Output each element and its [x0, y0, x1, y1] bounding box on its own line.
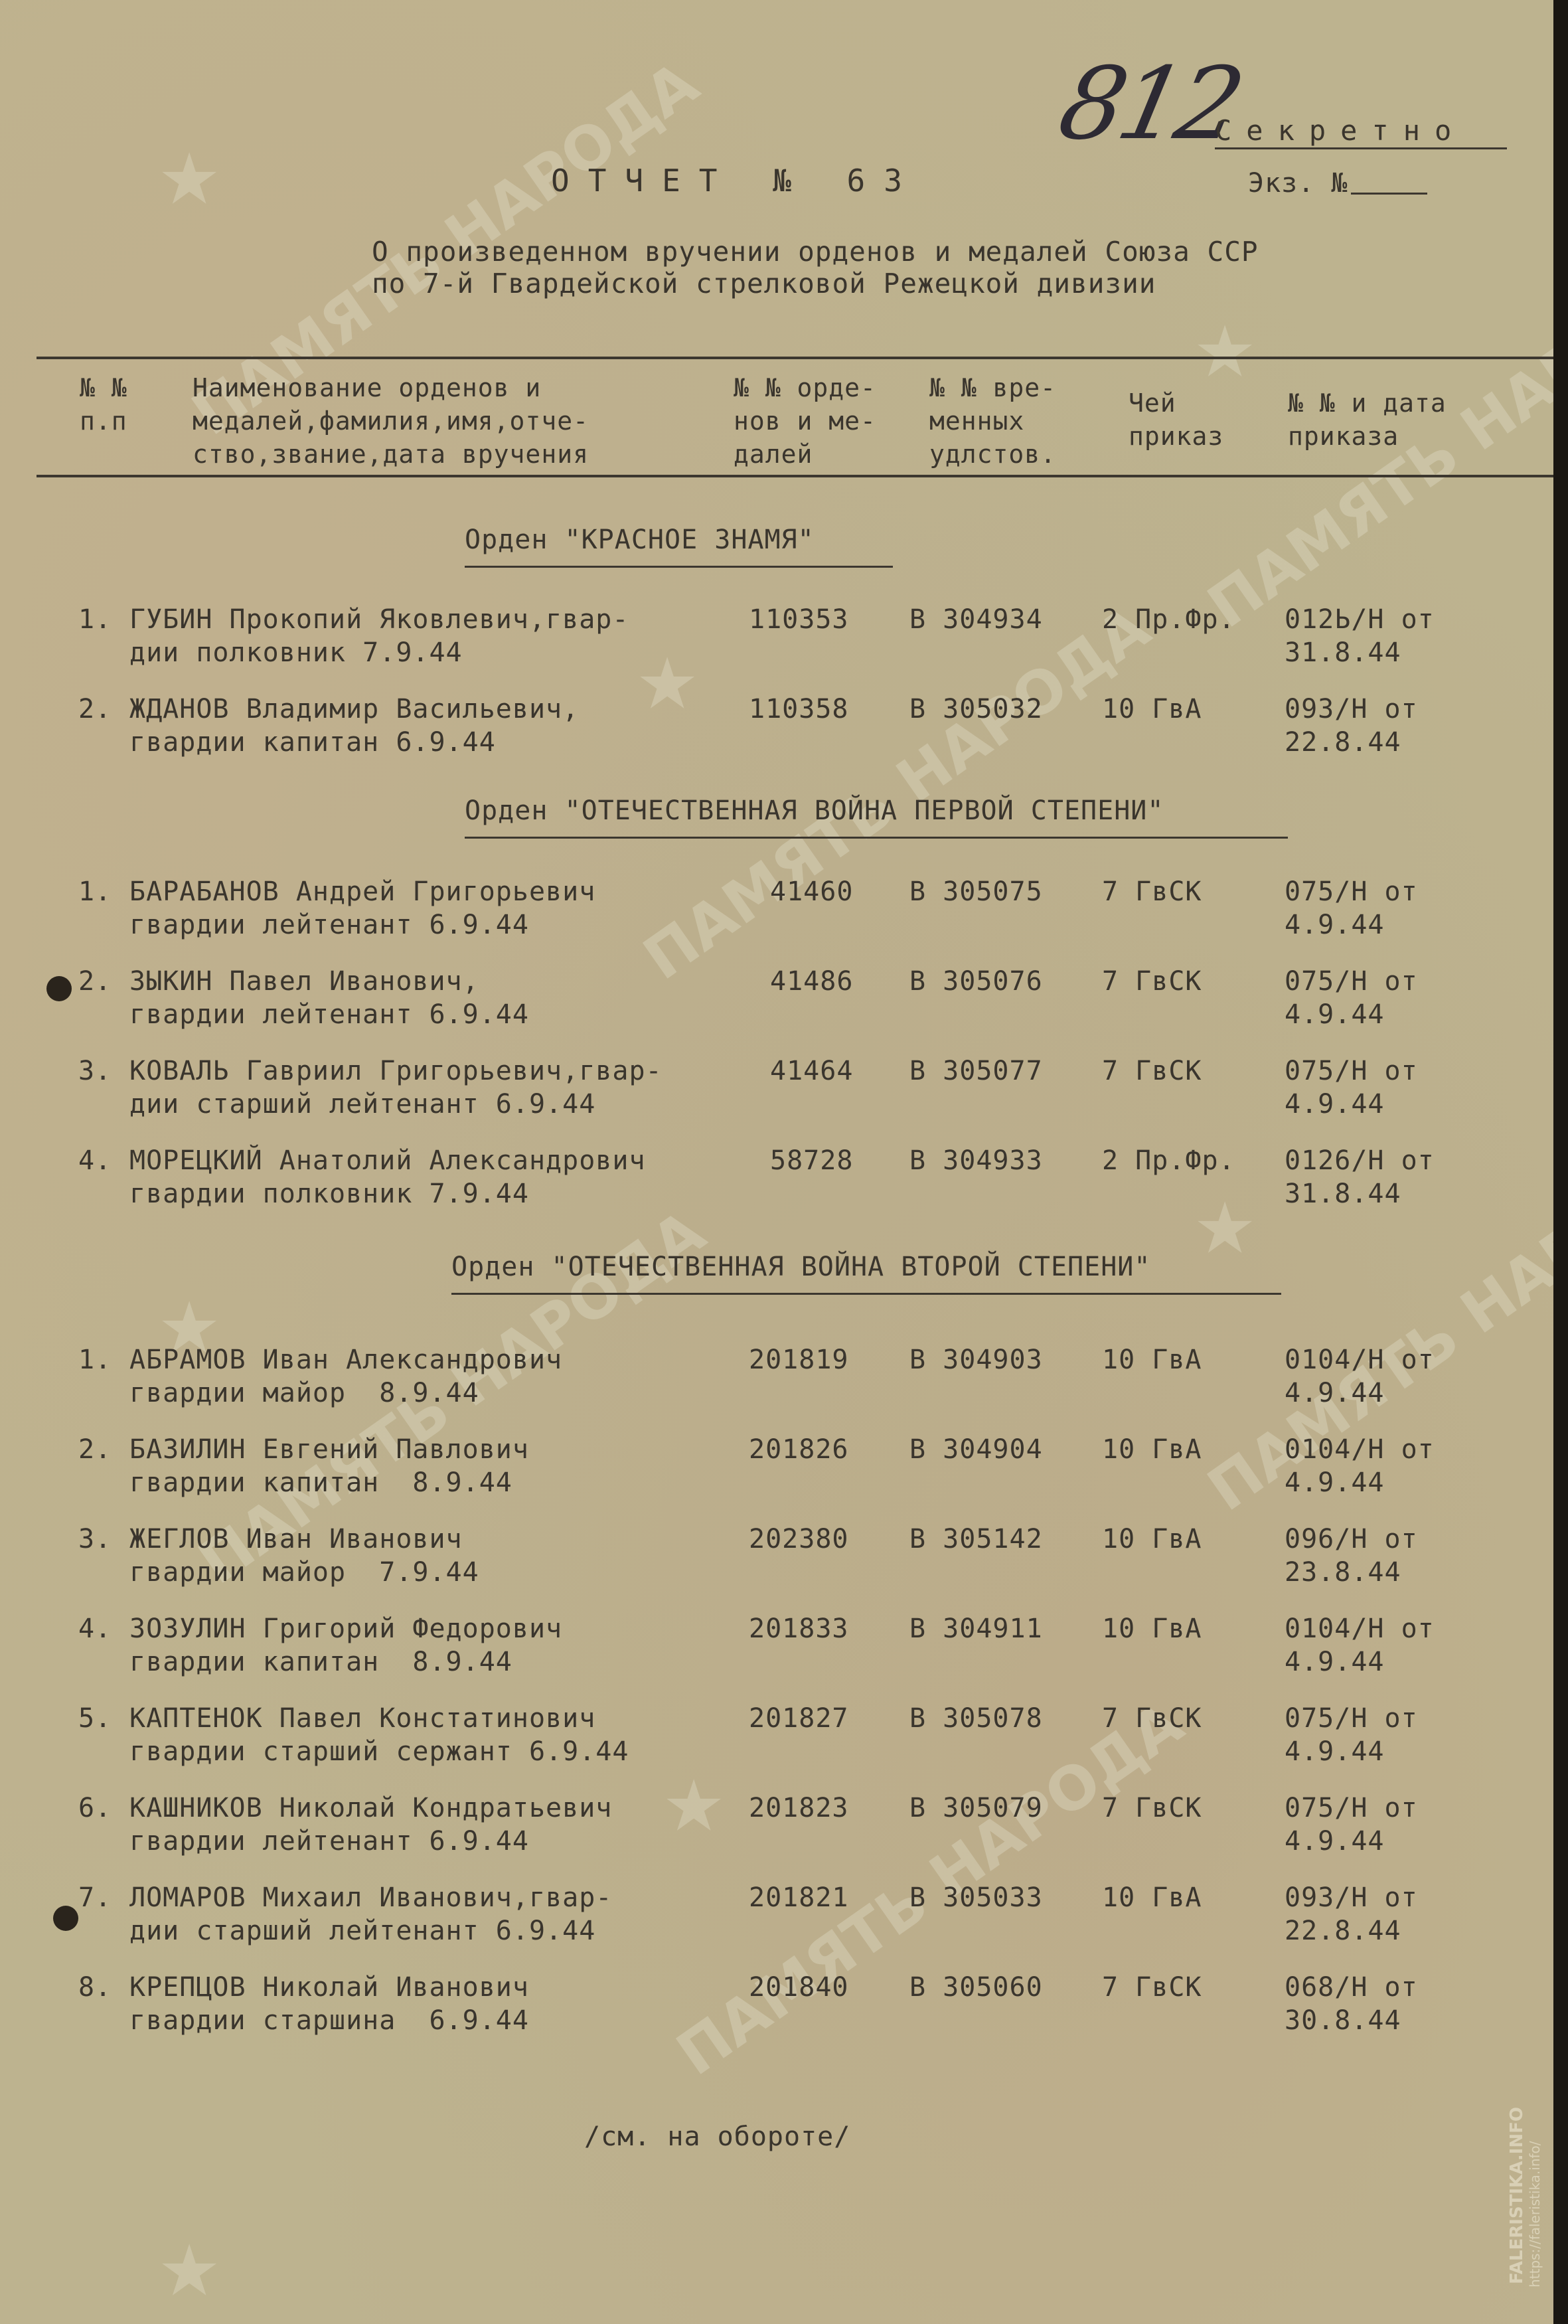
awardee-name: ЗЫКИН Павел Иванович,: [129, 966, 479, 997]
star-watermark-icon: ★: [1195, 286, 1255, 401]
row-number: 3.: [78, 1056, 112, 1086]
decree-date: 4.9.44: [1285, 910, 1385, 940]
ordering-unit: 10 ГвА: [1102, 1345, 1202, 1375]
ordering-unit: 7 ГвСК: [1102, 1972, 1202, 2003]
order-number: 41486: [770, 966, 853, 997]
awardee-rank-date: гвардии лейтенант 6.9.44: [129, 910, 529, 940]
awardee-name: ЖЕГЛОВ Иван Иванович: [129, 1524, 463, 1554]
awardee-name: ЖДАНОВ Владимир Васильевич,: [129, 694, 579, 724]
header-order-num: нов и ме-: [734, 406, 876, 436]
decree-date: 31.8.44: [1285, 1179, 1401, 1209]
awardee-rank-date: дии полковник 7.9.44: [129, 637, 463, 668]
footer-note: /см. на обороте/: [584, 2121, 850, 2152]
decree-date: 23.8.44: [1285, 1557, 1401, 1588]
ordering-unit: 10 ГвА: [1102, 1614, 1202, 1644]
ordering-unit: 7 ГвСК: [1102, 876, 1202, 907]
table-header-rule: [37, 475, 1553, 477]
decree-date: 4.9.44: [1285, 1378, 1385, 1408]
awardee-name: БАЗИЛИН Евгений Павлович: [129, 1434, 529, 1465]
awardee-rank-date: гвардии лейтенант 6.9.44: [129, 1826, 529, 1857]
order-number: 201840: [749, 1972, 849, 2003]
header-name: ство,звание,дата вручения: [193, 440, 589, 469]
decree-date: 30.8.44: [1285, 2005, 1401, 2036]
decree-number: 075/Н от: [1285, 1703, 1418, 1734]
section-underline: [465, 837, 1288, 839]
subtitle-line2: по 7-й Гвардейской стрелковой Режецкой д…: [372, 268, 1156, 299]
decree-date: 22.8.44: [1285, 727, 1401, 758]
ordering-unit: 10 ГвА: [1102, 1434, 1202, 1465]
awardee-name: МОРЕЦКИЙ Анатолий Александрович: [129, 1145, 646, 1176]
header-order-num: № № орде-: [734, 373, 876, 402]
awardee-rank-date: гвардии лейтенант 6.9.44: [129, 999, 529, 1030]
certificate-number: В 305032: [909, 694, 1043, 724]
row-number: 6.: [78, 1793, 112, 1823]
certificate-number: В 305077: [909, 1056, 1043, 1086]
certificate-number: В 305079: [909, 1793, 1043, 1823]
decree-number: 096/Н от: [1285, 1524, 1418, 1554]
ordering-unit: 7 ГвСК: [1102, 966, 1202, 997]
awardee-name: КОВАЛЬ Гавриил Григорьевич,гвар-: [129, 1056, 663, 1086]
header-whose: приказ: [1129, 422, 1223, 451]
certificate-number: В 305033: [909, 1882, 1043, 1913]
decree-number: 075/Н от: [1285, 876, 1418, 907]
ordering-unit: 10 ГвА: [1102, 694, 1202, 724]
decree-number: 075/Н от: [1285, 1056, 1418, 1086]
order-number: 58728: [770, 1145, 853, 1176]
decree-number: 075/Н от: [1285, 1793, 1418, 1823]
order-number: 41460: [770, 876, 853, 907]
awardee-rank-date: гвардии капитан 6.9.44: [129, 727, 496, 758]
decree-number: 093/Н от: [1285, 694, 1418, 724]
decree-date: 4.9.44: [1285, 1736, 1385, 1767]
certificate-number: В 304934: [909, 604, 1043, 635]
ordering-unit: 7 ГвСК: [1102, 1703, 1202, 1734]
decree-number: 093/Н от: [1285, 1882, 1418, 1913]
decree-number: 0126/Н от: [1285, 1145, 1435, 1176]
header-whose: Чей: [1129, 388, 1176, 418]
decree-number: 0104/Н от: [1285, 1614, 1435, 1644]
awardee-name: ГУБИН Прокопий Яковлевич,гвар-: [129, 604, 629, 635]
awardee-name: ЗОЗУЛИН Григорий Федорович: [129, 1614, 562, 1644]
row-number: 2.: [78, 694, 112, 724]
certificate-number: В 305076: [909, 966, 1043, 997]
document-page: ★ ПАМЯТЬ НАРОДА ★ ПАМЯТЬ НАРОДА ★ ПАМЯТЬ…: [0, 0, 1553, 2324]
awardee-rank-date: дии старший лейтенант 6.9.44: [129, 1089, 595, 1120]
archive-watermark: ПАМЯТЬ НАРОДА: [635, 597, 1160, 989]
site-url-watermark: https://faleristika.info/: [1527, 2141, 1543, 2287]
punch-hole: [46, 976, 72, 1001]
certificate-number: В 305075: [909, 876, 1043, 907]
row-number: 2.: [78, 1434, 112, 1465]
header-cert-num: менных: [929, 406, 1024, 436]
certificate-number: В 304904: [909, 1434, 1043, 1465]
awardee-rank-date: гвардии полковник 7.9.44: [129, 1179, 529, 1209]
order-number: 201823: [749, 1793, 849, 1823]
star-watermark-icon: ★: [664, 1740, 724, 1855]
row-number: 1.: [78, 876, 112, 907]
star-watermark-icon: ★: [159, 2204, 219, 2320]
order-number: 201827: [749, 1703, 849, 1734]
header-num: № №: [80, 373, 127, 402]
order-number: 201826: [749, 1434, 849, 1465]
row-number: 7.: [78, 1882, 112, 1913]
decree-date: 31.8.44: [1285, 637, 1401, 668]
certificate-number: В 304911: [909, 1614, 1043, 1644]
decree-date: 22.8.44: [1285, 1916, 1401, 1946]
awardee-rank-date: гвардии капитан 8.9.44: [129, 1467, 512, 1498]
decree-number: 0104/Н от: [1285, 1434, 1435, 1465]
decree-number: 075/Н от: [1285, 966, 1418, 997]
awardee-rank-date: гвардии капитан 8.9.44: [129, 1647, 512, 1677]
header-num: п.п: [80, 406, 127, 436]
row-number: 5.: [78, 1703, 112, 1734]
subtitle-line1: О произведенном вручении орденов и медал…: [372, 236, 1259, 268]
section-underline: [465, 566, 893, 568]
ordering-unit: 10 ГвА: [1102, 1882, 1202, 1913]
ordering-unit: 2 Пр.Фр.: [1102, 604, 1235, 635]
order-number: 41464: [770, 1056, 853, 1086]
decree-date: 4.9.44: [1285, 1647, 1385, 1677]
ordering-unit: 10 ГвА: [1102, 1524, 1202, 1554]
decree-number: 0104/Н от: [1285, 1345, 1435, 1375]
decree-date: 4.9.44: [1285, 1089, 1385, 1120]
awardee-name: БАРАБАНОВ Андрей Григорьевич: [129, 876, 595, 907]
decree-date: 4.9.44: [1285, 1467, 1385, 1498]
document-title: ОТЧЕТ № 63: [551, 163, 921, 199]
punch-hole: [53, 1906, 78, 1931]
awardee-name: КАПТЕНОК Павел Констатинович: [129, 1703, 595, 1734]
header-order-num: далей: [734, 440, 813, 469]
header-name: медалей,фамилия,имя,отче-: [193, 406, 589, 436]
awardee-rank-date: гвардии майор 7.9.44: [129, 1557, 479, 1588]
decree-date: 4.9.44: [1285, 1826, 1385, 1857]
awardee-name: КРЕПЦОВ Николай Иванович: [129, 1972, 529, 2003]
certificate-number: В 304933: [909, 1145, 1043, 1176]
certificate-number: В 305142: [909, 1524, 1043, 1554]
site-watermark: FALERISTIKA.INFO: [1507, 2107, 1527, 2284]
header-order-date: приказа: [1288, 422, 1399, 451]
header-order-date: № № и дата: [1288, 388, 1447, 418]
ordering-unit: 7 ГвСК: [1102, 1056, 1202, 1086]
ordering-unit: 7 ГвСК: [1102, 1793, 1202, 1823]
header-name: Наименование орденов и: [193, 373, 541, 402]
awardee-name: АБРАМОВ Иван Александрович: [129, 1345, 562, 1375]
decree-date: 4.9.44: [1285, 999, 1385, 1030]
row-number: 8.: [78, 1972, 112, 2003]
section-title: Орден "ОТЕЧЕСТВЕННАЯ ВОЙНА ВТОРОЙ СТЕПЕН…: [451, 1252, 1150, 1282]
row-number: 4.: [78, 1145, 112, 1176]
copy-number-blank: [1351, 193, 1427, 195]
order-number: 201833: [749, 1614, 849, 1644]
decree-number: 012Ь/Н от: [1285, 604, 1435, 635]
awardee-name: КАШНИКОВ Николай Кондратьевич: [129, 1793, 612, 1823]
section-title: Орден "ОТЕЧЕСТВЕННАЯ ВОЙНА ПЕРВОЙ СТЕПЕН…: [465, 795, 1164, 826]
order-number: 201821: [749, 1882, 849, 1913]
order-number: 110358: [749, 694, 849, 724]
row-number: 3.: [78, 1524, 112, 1554]
header-cert-num: № № вре-: [929, 373, 1056, 402]
certificate-number: В 305078: [909, 1703, 1043, 1734]
classification-label: Секретно: [1215, 114, 1466, 147]
decree-number: 068/Н от: [1285, 1972, 1418, 2003]
awardee-rank-date: гвардии майор 8.9.44: [129, 1378, 479, 1408]
row-number: 1.: [78, 604, 112, 635]
table-top-rule: [37, 357, 1553, 359]
row-number: 1.: [78, 1345, 112, 1375]
ordering-unit: 2 Пр.Фр.: [1102, 1145, 1235, 1176]
awardee-rank-date: гвардии старшина 6.9.44: [129, 2005, 529, 2036]
star-watermark-icon: ★: [637, 618, 697, 733]
classification-underline: [1215, 147, 1507, 149]
order-number: 201819: [749, 1345, 849, 1375]
star-watermark-icon: ★: [1195, 1162, 1255, 1278]
order-number: 110353: [749, 604, 849, 635]
awardee-rank-date: гвардии старший сержант 6.9.44: [129, 1736, 629, 1767]
certificate-number: В 304903: [909, 1345, 1043, 1375]
section-underline: [451, 1293, 1281, 1295]
copy-label: Экз. №: [1248, 168, 1348, 199]
awardee-rank-date: дии старший лейтенант 6.9.44: [129, 1916, 595, 1946]
header-cert-num: удлстов.: [929, 440, 1056, 469]
section-title: Орден "КРАСНОЕ ЗНАМЯ": [465, 525, 815, 555]
row-number: 2.: [78, 966, 112, 997]
row-number: 4.: [78, 1614, 112, 1644]
certificate-number: В 305060: [909, 1972, 1043, 2003]
star-watermark-icon: ★: [159, 113, 219, 228]
order-number: 202380: [749, 1524, 849, 1554]
awardee-name: ЛОМАРОВ Михаил Иванович,гвар-: [129, 1882, 612, 1913]
